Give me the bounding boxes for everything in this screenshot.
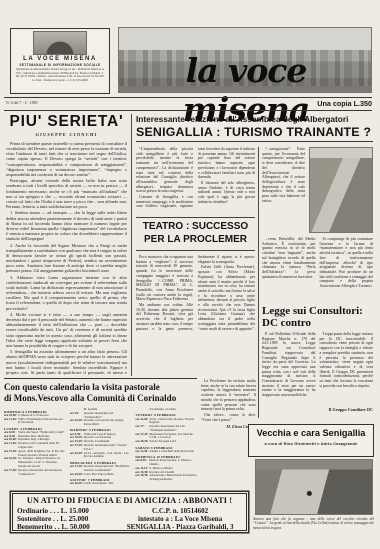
column-divider: [258, 147, 259, 418]
calendar-entry: ore 20,30:Scuola Teologia Laici: [135, 440, 197, 444]
masthead-small-print: Spedizione in Abbonamento Postale Gruppo…: [14, 68, 106, 83]
text-line: intestato a : La Voce Misena: [118, 515, 242, 523]
newspaper-front-page: LA VOCE MISENA SETTIMANALE DI INFORMAZIO…: [0, 0, 380, 549]
paragraph: 5. Senigallia ha assistito ultimamente a…: [6, 349, 127, 376]
right-column: “...navigazione”. Fatto questo, per l'ec…: [262, 147, 373, 419]
calendar-entry: ore 11,30:Alunni e Catechisti della Parr…: [135, 450, 197, 454]
teatro-tail-text: La Proclemer ha recitato molto bene; anc…: [201, 379, 256, 423]
race-photo-caption: Ancora una foto che fa sognare : una del…: [253, 517, 374, 530]
vecchia-title: Vecchia e cara Senigallia: [249, 428, 373, 438]
consultori-headline-line1: Legge sui Consultori:: [262, 305, 373, 317]
subscription-title: UN ATTO DI FIDUCIA E DI AMICIZIA : ABBON…: [17, 496, 242, 506]
calendar-entry: ore 16,30:Adorazione e Benedizione Eucar…: [135, 474, 197, 482]
race-photo: [255, 459, 373, 515]
pastoral-calendar-header: Con questo calendario la visita pastoral…: [4, 378, 197, 404]
paragraph: Che valore... conta; le dice: “Certa che…: [201, 413, 256, 422]
paragraph: Troppi punti della legge restano per la …: [320, 332, 374, 388]
paragraph: 1. Sembra strano — ad esempio — che la l…: [6, 210, 127, 241]
article-consultori-headline: Legge sui Consultori: DC contro: [262, 305, 373, 329]
consultori-headline-line2: DC contro: [262, 317, 373, 329]
article-title: PIU' SERIETA': [6, 114, 127, 130]
pastoral-title-line2: di Mons.Vescovo alla Comunità di Corinal…: [4, 393, 197, 404]
pastoral-calendar: DOMENICA 3 FEBBRAIOore 10,00:S. Messa in…: [4, 408, 197, 490]
masthead-name: LA VOCE MISENA: [14, 56, 106, 63]
paragraph: Prima di stendere queste noterelle ci si…: [6, 141, 127, 177]
teatro-body: Poco mancava che scoppiasse una battuta …: [136, 255, 255, 375]
subscription-account: C.C.P. n. 10514602intestato a : La Voce …: [118, 507, 242, 532]
calendar-entry: ore 11,30:TOP e Volontariato Francescano…: [4, 418, 66, 426]
paragraph: Si compiange di più constatare l'assenza…: [320, 237, 374, 289]
masthead-arch-photo: [33, 31, 87, 55]
town-aerial-photo: [309, 147, 373, 233]
calendar-entry: Sacramento, Cresima: [135, 408, 197, 412]
text-line: SENIGALLIA - Piazza Garibaldi, 3: [118, 523, 242, 531]
text-line: Sostenitore . . L. 25.000: [17, 515, 118, 523]
subscription-tiers: Ordinario . . . L. 15.000Sostenitore . .…: [17, 507, 118, 532]
paragraph: “L'imprenditoria della piccola città sen…: [136, 147, 193, 194]
turismo-continuation: “...navigazione”. Fatto questo, per l'ec…: [262, 147, 305, 235]
paragraph: Fulvia Gelli (Anna Proclemer), sposata c…: [198, 265, 255, 331]
calendar-column-3: Sacramento, CresimaVENERDI' 8 FEBBRAIOor…: [135, 408, 197, 490]
right-column-top: “...navigazione”. Fatto questo, per l'ec…: [262, 147, 373, 235]
vecchia-curators: a cura di Rino Girolimetti e Adrio Casag…: [249, 441, 373, 446]
article-body: Prima di stendere queste noterelle ci si…: [6, 141, 127, 376]
calendar-entry: ore 20,30:Incontro coi Giovani dei Grupp…: [70, 419, 132, 427]
calendar-entry: ore 17,30:Incontro maestranze del labora…: [4, 469, 66, 477]
issue-row: N. 6 del 7 - 2 - 1985 Una copia L.350: [6, 98, 372, 109]
calendar-column-2: M. Gentileore 18:Incontro maestranze del…: [70, 408, 132, 490]
text-line: C.C.P. n. 10514602: [118, 507, 242, 515]
consultori-body: È sul Bollettino Ufficiale della Regione…: [262, 332, 373, 406]
copy-price: Una copia L.350: [317, 100, 372, 108]
column-divider: [131, 114, 132, 376]
turismo-continuation-2: ...verso Bettolelle, del Medio Adriatico…: [262, 237, 373, 301]
paragraph: 2. Anche la faccenda del Signor Ministro…: [6, 243, 127, 274]
subscription-box: UN ATTO DI FIDUCIA E DI AMICIZIA : ABBON…: [12, 493, 247, 531]
article-kicker: Interessante relazione all'Assemblea deg…: [136, 114, 373, 124]
paragraph: Poco mancava che scoppiasse una battuta …: [136, 255, 193, 302]
article-piu-serieta: PIU' SERIETA' GIUSEPPE CIONCHI Prima di …: [6, 114, 127, 376]
issue-number: N. 6 del 7 - 2 - 1985: [6, 101, 38, 106]
article-byline: GIUSEPPE CIONCHI: [6, 132, 127, 138]
vecchia-senigallia-box: Vecchia e cara Senigallia a cura di Rino…: [248, 424, 374, 457]
paragraph: La Proclemer ha recitato molto bene; anc…: [201, 379, 256, 412]
header-rule-bottom: [4, 110, 372, 111]
paragraph: 4. Molto vociare si è fatto — a suo temp…: [6, 312, 127, 348]
calendar-entry: ore 20,30:ACLI - Artigiani - Colt. diret…: [70, 452, 132, 460]
calendar-column-1: DOMENICA 3 FEBBRAIOore 10,00:S. Messa in…: [4, 408, 66, 490]
article-teatro-headline: TEATRO : SUCCESSO PER LA PROCLEMER: [136, 217, 255, 251]
text-line: Ordinario . . . L. 15.000: [17, 507, 118, 515]
subscription-details: Ordinario . . . L. 15.000Sostenitore . .…: [17, 507, 242, 532]
article-headline: SENIGALLIA : TURISMO TRAINANTE ?: [136, 125, 373, 139]
consultori-signature: Il Gruppo Consiliare DC: [262, 407, 373, 412]
turismo-body: “L'imprenditoria della piccola città sen…: [136, 147, 255, 214]
calendar-entry: ore 20,30:Confr. Adorazione - Ril.: [70, 482, 132, 486]
paragraph: 3. Abbiamo visto Lama organizzare insiem…: [6, 275, 127, 311]
pastoral-title-line1: Con questo calendario la visita pastoral…: [4, 382, 197, 393]
paragraph: Il fatturato del solo alberghiero, senza…: [198, 181, 255, 205]
article-turismo-header: Interessante relazione all'Assemblea deg…: [136, 114, 373, 142]
text-line: Benemerito . . L. 50.000: [17, 523, 118, 531]
paragraph: Purtroppo, alcune vicende della nostra b…: [6, 178, 127, 209]
calendar-entry: ore 20,30:Cons. Past. Parrocchiale: [70, 473, 132, 477]
paragraph: “...navigazione”. Fatto questo, per l'ec…: [262, 147, 305, 203]
paragraph: È sul Bollettino Ufficiale della Regione…: [262, 332, 316, 398]
masthead-info-box: LA VOCE MISENA SETTIMANALE DI INFORMAZIO…: [10, 28, 110, 94]
paragraph: ...verso Bettolelle, del Medio Adriatico…: [262, 237, 316, 279]
